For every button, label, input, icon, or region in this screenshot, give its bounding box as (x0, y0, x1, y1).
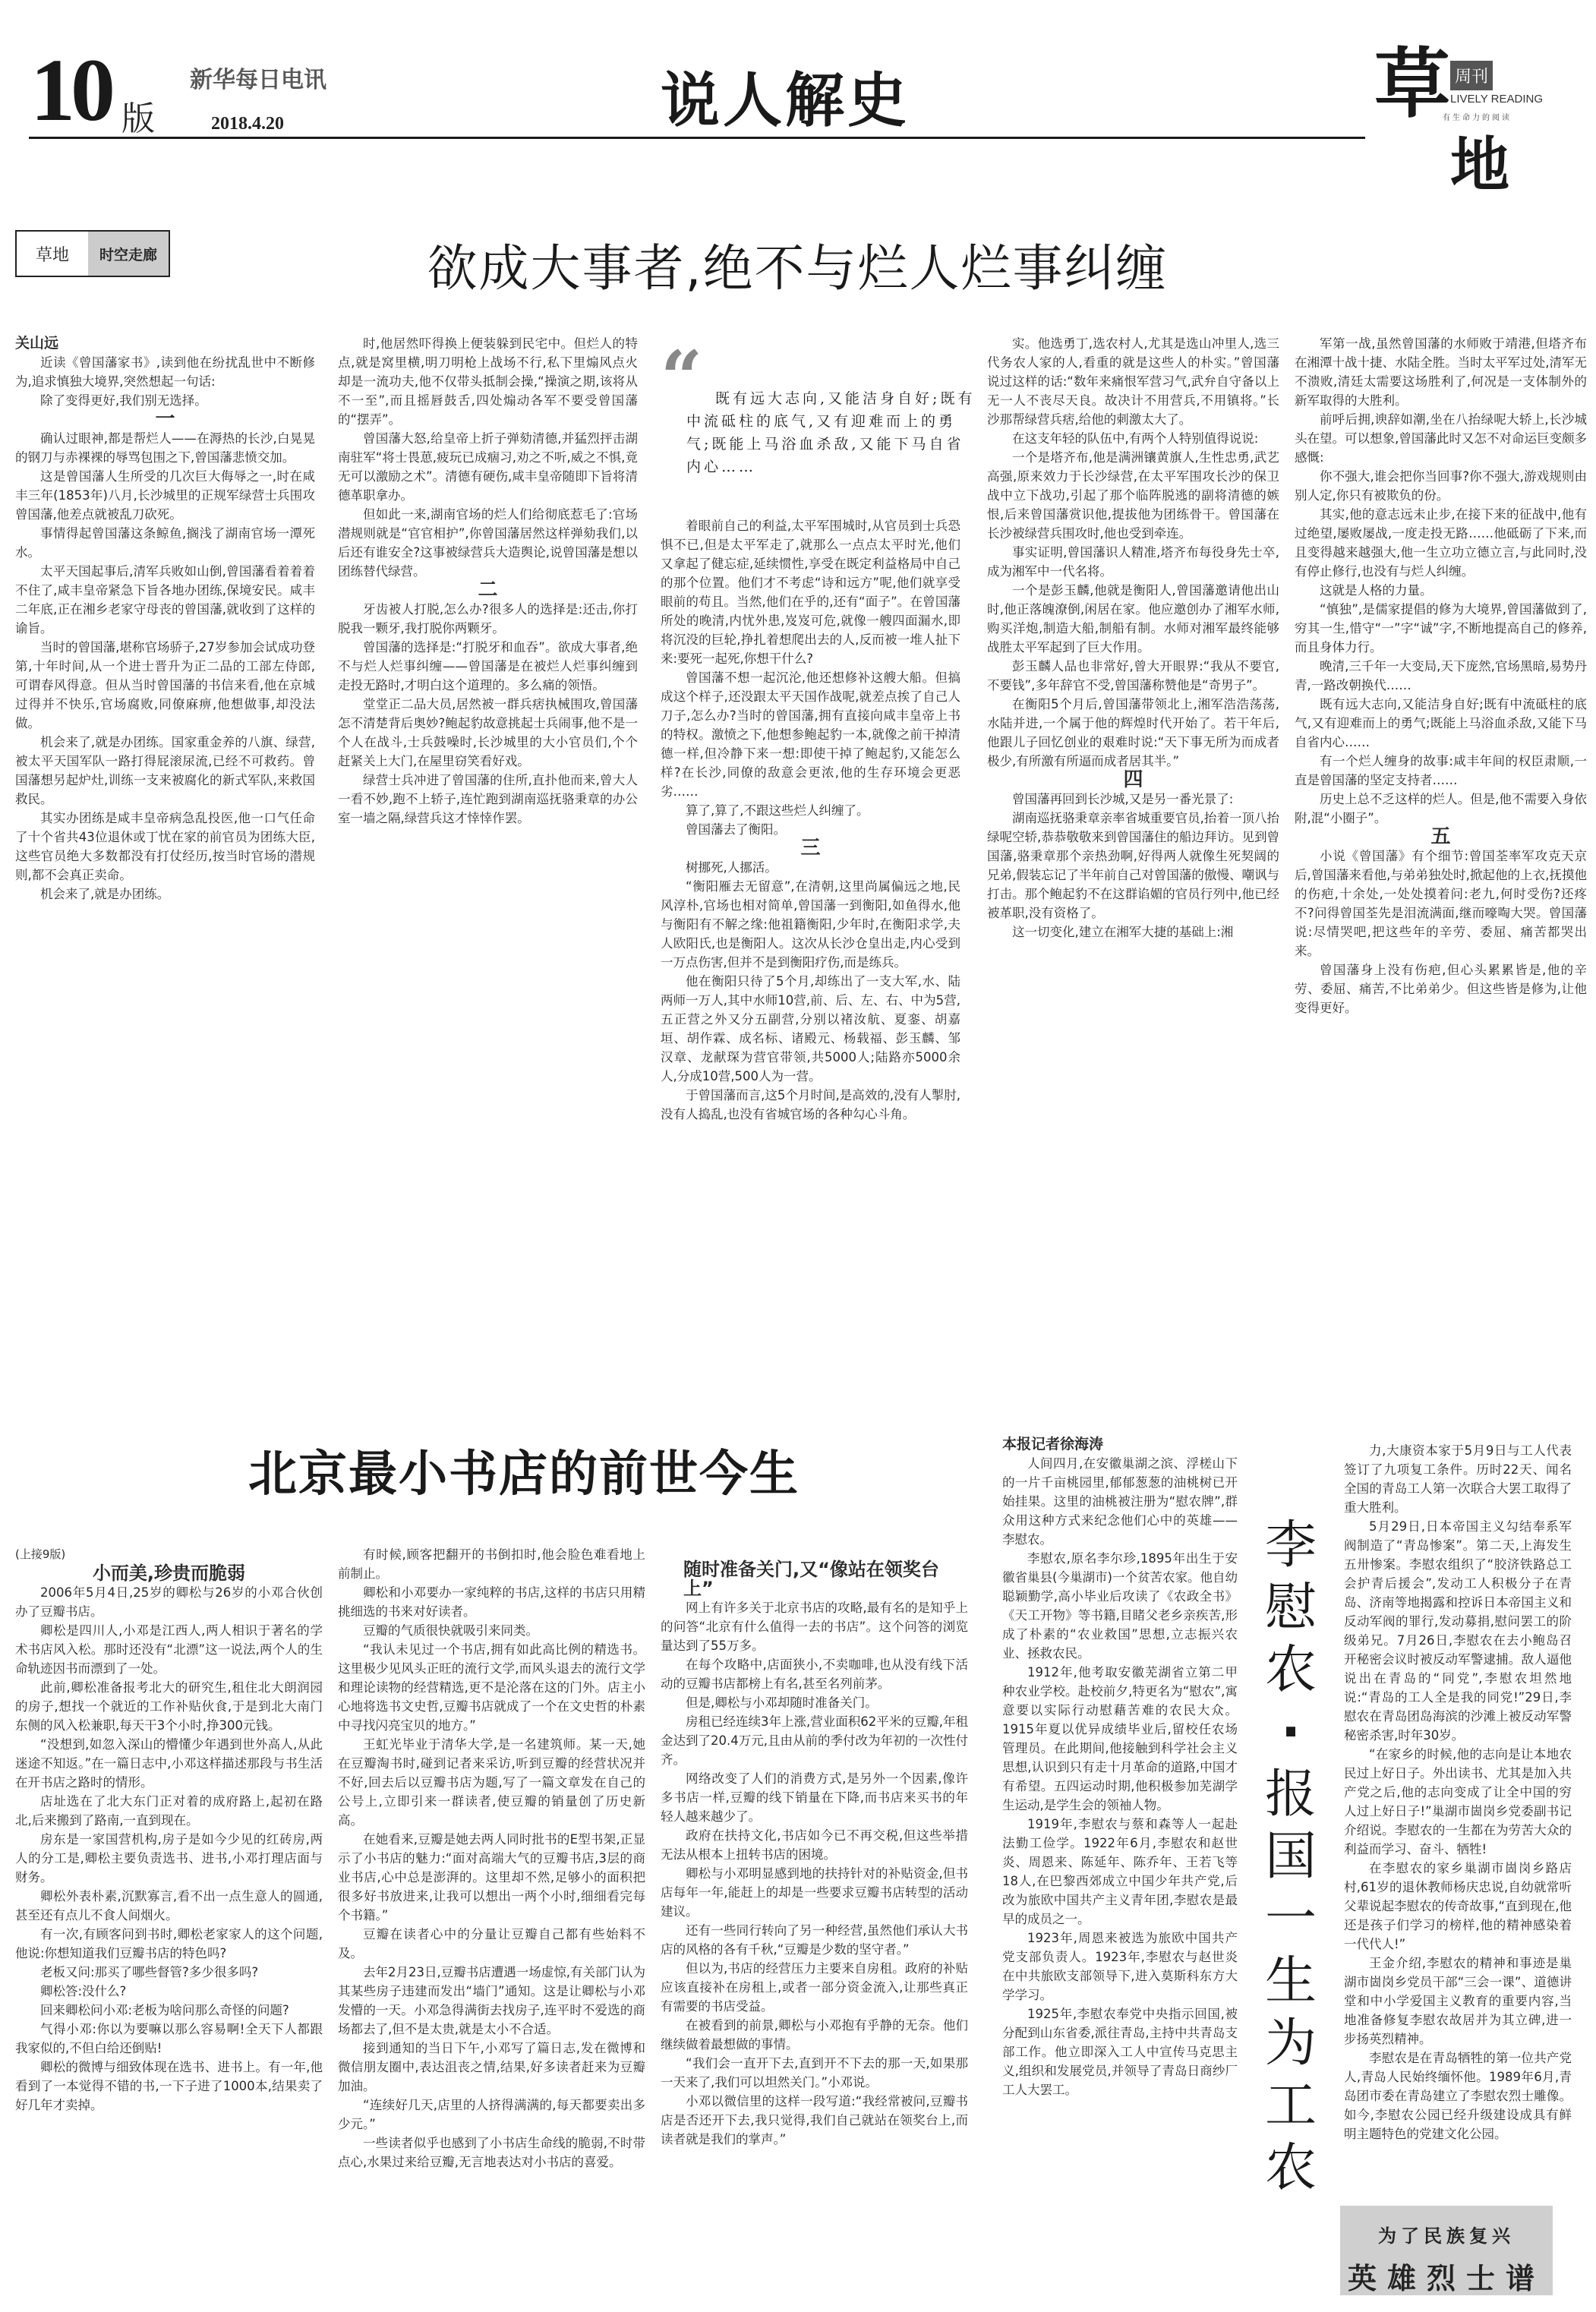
paragraph: 王虹光毕业于清华大学,是一名建筑师。某一天,她在豆瓣淘书时,碰到记者来采访,听到… (338, 1735, 645, 1830)
paragraph: 人间四月,在安徽巢湖之滨、浮槎山下的一片千亩桃园里,郁郁葱葱的油桃树已开始挂果。… (1002, 1454, 1238, 1549)
article1-column-2: 时,他居然吓得换上便装躲到民宅中。但烂人的特点,就是窝里横,明刀明枪上战场不行,… (338, 334, 638, 1397)
paragraph: 事情得起曾国藩这条鲸鱼,搁浅了湖南官场一潭死水。 (15, 524, 315, 562)
article1-author: 关山远 (15, 334, 315, 353)
paragraph: 网络改变了人们的消费方式,是另外一个因素,像许多书店一样,豆瓣的线下销量在下降,… (661, 1769, 968, 1826)
logo-char-cao: 草 (1374, 23, 1450, 132)
article3-column-1: 本报记者徐海涛 人间四月,在安徽巢湖之滨、浮槎山下的一片千亩桃园里,郁郁葱葱的油… (1002, 1435, 1238, 2301)
paragraph: 有时候,顾客把翻开的书倒扣时,他会脸色难看地上前制止。 (338, 1545, 645, 1583)
section-number: 三 (661, 839, 960, 858)
paragraph: 此前,卿松准备报考北大的研究生,租住北大朗润园的房子,想找一个就近的工作补贴伙食… (15, 1678, 323, 1735)
paragraph: 当时的曾国藩,堪称官场骄子,27岁参加会试成功登第,十年时间,从一个进士晋升为正… (15, 638, 315, 733)
paragraph: 这一切变化,建立在湘军大捷的基础上:湘 (987, 923, 1279, 942)
paragraph: 晚清,三千年一大变局,天下庞然,官场黑暗,易势丹青,一路改朝换代…… (1295, 657, 1587, 695)
paragraph: 时,他居然吓得换上便装躲到民宅中。但烂人的特点,就是窝里横,明刀明枪上战场不行,… (338, 334, 638, 429)
article1-column-5: 军第一战,虽然曾国藩的水师败于靖港,但塔齐布在湘潭十战十捷、水陆全胜。当时太平军… (1295, 334, 1587, 1397)
logo-tagline: 有生命力的阅读 (1443, 111, 1512, 122)
paragraph: 其实,他的意志远未止步,在接下来的征战中,他有过绝望,屡败屡战,一度走投无路……… (1295, 505, 1587, 581)
lively-reading-label: LIVELY READING (1450, 93, 1543, 106)
paragraph: 卿松外表朴素,沉默寡言,看不出一点生意人的圆通,甚至还有点儿不食人间烟火。 (15, 1887, 323, 1925)
article3-column-2: 力,大康资本家于5月9日与工人代表签订了九项复工条件。历时22天、闻名全国的青岛… (1344, 1441, 1572, 2193)
heroes-box: 为了民族复兴 英雄烈士谱 (1340, 2206, 1553, 2295)
paragraph: 1912年,他考取安徽芜湖省立第二甲种农业学校。赴校前夕,特更名为“慰农”,寓意… (1002, 1663, 1238, 1815)
article2-headline: 北京最小书店的前世今生 (213, 1435, 835, 1505)
article3-vertical-title: 李慰农·报国一生为工农 (1257, 1515, 1325, 2200)
paragraph: 豆瓣在读者心中的分量让豆瓣自己都有些始料不及。 (338, 1925, 645, 1963)
paragraph: “连续好几天,店里的人挤得满满的,每天都要卖出多少元。” (338, 2096, 645, 2134)
heroes-box-line2: 英雄烈士谱 (1340, 2255, 1553, 2297)
page-number: 10 (30, 46, 111, 135)
paragraph: 堂堂正二品大员,居然被一群兵痞执械围攻,曾国藩怎不清楚背后奥妙?鲍起豹故意挑起士… (338, 695, 638, 771)
heroes-box-line1: 为了民族复兴 (1340, 2206, 1553, 2247)
paragraph: 军第一战,虽然曾国藩的水师败于靖港,但塔齐布在湘潭十战十捷、水陆全胜。当时太平军… (1295, 334, 1587, 410)
paragraph: 太平天国起事后,清军兵败如山倒,曾国藩看着着着不住了,咸丰皇帝紧急下旨各地办团练… (15, 562, 315, 638)
paragraph: 房东是一家国营机构,房子是如今少见的红砖房,两人的分工是,卿松主要负责选书、进书… (15, 1830, 323, 1887)
paragraph: 5月29日,日本帝国主义勾结奉系军阀制造了“青岛惨案”。第二天,上海发生五卅惨案… (1344, 1517, 1572, 1745)
paragraph: 老板又问:那买了哪些督管?多少很多吗? (15, 1963, 323, 1982)
paragraph: 王金介绍,李慰农的精神和事迹是巢湖市崮岗乡党员干部“三会一课”、道德讲堂和中小学… (1344, 1954, 1572, 2049)
article2-column-1: (上接9版) 小而美,珍贵而脆弱 2006年5月4日,25岁的卿松与26岁的小邓… (15, 1545, 323, 2297)
paragraph: 实。他选勇丁,选农村人,尤其是选山冲里人,选三代务农人家的人,看重的就是这些人的… (987, 334, 1279, 429)
paragraph: 曾国藩不想一起沉沦,他还想修补这艘大船。但搞成这个样子,还没跟太平天国作战呢,就… (661, 668, 960, 801)
paragraph: 1925年,李慰农奉党中央指示回国,被分配到山东省委,派往青岛,主持中共青岛支部… (1002, 2004, 1238, 2099)
article1-column-1: 关山远 近读《曾国藩家书》,读到他在纷扰乱世中不断修为,追求慎独大境界,突然想起… (15, 334, 315, 1397)
paragraph: 2006年5月4日,25岁的卿松与26岁的小邓合伙创办了豆瓣书店。 (15, 1583, 323, 1621)
paragraph: 在这支年轻的队伍中,有两个人特别值得说说: (987, 429, 1279, 448)
paragraph: 还有一些同行转向了另一种经营,虽然他们承认大书店的风格的各有千秋,“豆瓣是少数的… (661, 1921, 968, 1959)
paragraph: 卿松答:没什么? (15, 1982, 323, 2001)
paragraph: 前呼后拥,谀辞如潮,坐在八抬绿呢大轿上,长沙城头在望。可以想象,曾国藩此时又怎不… (1295, 410, 1587, 467)
paragraph: 但是,卿松与小邓却随时准备关门。 (661, 1693, 968, 1712)
section-number: 四 (987, 771, 1279, 790)
paragraph: 房租已经连续3年上涨,营业面积62平米的豆瓣,年租金达到了20.4万元,且由从前… (661, 1712, 968, 1769)
section-title: 说人解史 (661, 53, 910, 138)
logo-char-di: 地 (1450, 118, 1509, 203)
continued-from: (上接9版) (15, 1545, 323, 1564)
paragraph: 确认过眼神,都是帮烂人——在溽热的长沙,白晃晃的钢刀与赤裸裸的辱骂包围之下,曾国… (15, 429, 315, 467)
paragraph: 曾国藩身上没有伤疤,但心头累累皆是,他的辛劳、委屈、痛苦,不比弟弟少。但这些皆是… (1295, 960, 1587, 1017)
paragraph: 在她看来,豆瓣是她去两人同时批书的E型书架,正显示了小书店的魅力:“面对高端大气… (338, 1830, 645, 1925)
paragraph: 卿松是四川人,小邓是江西人,两人相识于著名的学术书店风入松。那时还没有“北漂”这… (15, 1621, 323, 1678)
column-badge-label: 时空走廊 (88, 232, 169, 276)
column-badge-logo: 草地 (17, 232, 88, 276)
paragraph: 曾国藩再回到长沙城,又是另一番光景了: (987, 790, 1279, 809)
paragraph: 在每个攻略中,店面狭小,不卖咖啡,也从没有线下活动的豆瓣书店都榜上有名,甚至名列… (661, 1655, 968, 1693)
paragraph: 气得小邓:你以为要嘛以那么容易啊!全天下人都跟我家似的,不但白给还倒贴! (15, 2020, 323, 2058)
paragraph: 接到通知的当日下午,小邓写了篇日志,发在微博和微信朋友圈中,表达沮丧之情,结果,… (338, 2039, 645, 2096)
paragraph: 有一次,有顾客问到书时,卿松老家家人的这个问题,他说:你想知道我们豆瓣书店的特色… (15, 1925, 323, 1963)
article2-column-3: 随时准备关门,又“像站在领奖台上” 网上有许多关于北京书店的攻略,最有名的是知乎… (661, 1545, 968, 2297)
paragraph: 力,大康资本家于5月9日与工人代表签订了九项复工条件。历时22天、闻名全国的青岛… (1344, 1441, 1572, 1517)
paragraph: 既有远大志向,又能洁身自好;既有中流砥柱的底气,又有迎难而上的勇气;既能上马浴血… (1295, 695, 1587, 752)
paragraph: 历史上总不乏这样的烂人。但是,他不需要入身依附,混“小圈子”。 (1295, 790, 1587, 828)
paragraph: “衡阳雁去无留意”,在清朝,这里尚属偏远之地,民风淳朴,官场也相对简单,曾国藩一… (661, 877, 960, 972)
paragraph: 1923年,周恩来被选为旅欧中国共产党支部负责人。1923年,李慰农与赵世炎在中… (1002, 1929, 1238, 2004)
paragraph: 卿松的微博与细致体现在选书、进书上。有一年,他看到了一本觉得不错的书,一下子进了… (15, 2058, 323, 2115)
paragraph: 树挪死,人挪活。 (661, 858, 960, 877)
paragraph: 彭玉麟人品也非常好,曾大开眼界:“我从不要官,不要钱”,多年辞官不受,曾国藩称赞… (987, 657, 1279, 695)
quote-mark-icon: “ (661, 342, 979, 387)
article1-headline: 欲成大事者,绝不与烂人烂事纠缠 (228, 228, 1367, 300)
paper-name: 新华每日电讯 (190, 61, 326, 94)
paragraph: 算了,算了,不跟这些烂人纠缠了。 (661, 801, 960, 820)
article1-column-3: 着眼前自己的利益,太平军围城时,从官员到士兵恐惧不已,但是太平军走了,就那么一点… (661, 516, 960, 1397)
paragraph: 机会来了,就是办团练。 (15, 885, 315, 904)
paragraph: 但如此一来,湖南官场的烂人们给彻底惹毛了:官场潜规则就是“官官相护”,你曾国藩居… (338, 505, 638, 581)
paragraph: 网上有许多关于北京书店的攻略,最有名的是知乎上的问答“北京有什么值得一去的书店”… (661, 1598, 968, 1655)
paragraph: 在衡阳5个月后,曾国藩带领北上,湘军浩浩荡荡,水陆并进,一个属于他的辉煌时代开始… (987, 695, 1279, 771)
masthead-rule (29, 137, 1365, 139)
page-suffix: 版 (121, 91, 155, 140)
pull-quote: “ 既有远大志向,又能洁身自好;既有中流砥柱的底气,又有迎难而上的勇气;既能上马… (661, 342, 979, 478)
paragraph: 牙齿被人打脱,怎么办?很多人的选择是:还击,你打脱我一颗牙,我打脱你两颗牙。 (338, 600, 638, 638)
paragraph: 近读《曾国藩家书》,读到他在纷扰乱世中不断修为,追求慎独大境界,突然想起一句话: (15, 353, 315, 391)
article3-reporter: 本报记者徐海涛 (1002, 1435, 1238, 1454)
paragraph: 政府在扶持文化,书店如今已不再交税,但这些举措无法从根本上扭转书店的困境。 (661, 1826, 968, 1864)
paragraph: 在李慰农的家乡巢湖市崮岗乡路店村,61岁的退休教师杨庆忠说,自幼就常听父辈说起李… (1344, 1859, 1572, 1954)
paragraph: 一个是彭玉麟,他就是衡阳人,曾国藩邀请他出山时,他正落魄潦倒,闲居在家。他应邀创… (987, 581, 1279, 657)
paragraph: 回来卿松问小邓:老板为啥问那么奇怪的问题? (15, 2001, 323, 2020)
paragraph: 这是曾国藩人生所受的几次巨大侮辱之一,时在咸丰三年(1853年)八月,长沙城里的… (15, 467, 315, 524)
paragraph: “我们会一直开下去,直到开不下去的那一天,如果那一天来了,我们可以坦然关门。”小… (661, 2054, 968, 2092)
paragraph: 店址选在了北大东门正对着的成府路上,起初在路北,后来搬到了路南,一直到现在。 (15, 1792, 323, 1830)
article2-subhead-2: 随时准备关门,又“像站在领奖台上” (661, 1560, 968, 1598)
paragraph: 李慰农是在青岛牺牲的第一位共产党人,青岛人民始终缅怀他。1989年6月,青岛团市… (1344, 2049, 1572, 2143)
paragraph: 绿营士兵冲进了曾国藩的住所,直扑他而来,曾大人一看不妙,跑不上轿子,连忙跑到湖南… (338, 771, 638, 828)
paragraph: “我认未见过一个书店,拥有如此高比例的精选书。这里极少见风头正旺的流行文学,而风… (338, 1640, 645, 1735)
paragraph: 他在衡阳只待了5个月,却练出了一支大军,水、陆两师一万人,其中水师10营,前、后… (661, 972, 960, 1086)
paragraph: 着眼前自己的利益,太平军围城时,从官员到士兵恐惧不已,但是太平军走了,就那么一点… (661, 516, 960, 668)
caodi-logo: 草 地 周刊 LIVELY READING 有生命力的阅读 (1367, 23, 1564, 182)
paragraph: 湖南巡抚骆秉章亲率省城重要官员,抬着一顶八抬绿呢空轿,恭恭敬敬来到曾国藩住的船边… (987, 809, 1279, 923)
paragraph: 小邓以微信里的这样一段写道:“我经常被问,豆瓣书店是否还开下去,我只觉得,我们自… (661, 2092, 968, 2149)
section-number: 二 (338, 581, 638, 600)
paragraph: 于曾国藩而言,这5个月时间,是高效的,没有人掣肘,没有人捣乱,也没有省城官场的各… (661, 1086, 960, 1124)
paragraph: 但以为,书店的经营压力主要来自房租。政府的补贴应该直接补在房租上,或者一部分资金… (661, 1959, 968, 2016)
vertical-title-text: 李慰农·报国一生为工农 (1257, 1515, 1325, 2200)
paragraph: 曾国藩的选择是:“打脱牙和血吞”。欲成大事者,绝不与烂人烂事纠缠——曾国藩是在被… (338, 638, 638, 695)
paragraph: 卿松与小邓明显感到地的扶持针对的补贴资金,但书店每年一年,能赶上的却是一些要求豆… (661, 1864, 968, 1921)
paragraph: 这就是人格的力量。 (1295, 581, 1587, 600)
paragraph: 曾国藩大怒,给皇帝上折子弹劾清德,并猛烈抨击湖南驻军“将士畏葸,疲玩已成痼习,劝… (338, 429, 638, 505)
paragraph: 一些读者似乎也感到了小书店生命线的脆弱,不时带点心,水果过来给豆瓣,无言地表达对… (338, 2134, 645, 2172)
paragraph: 小说《曾国藩》有个细节:曾国荃率军攻克天京后,曾国藩来看他,与弟弟独处时,掀起他… (1295, 847, 1587, 960)
paragraph: 你不强大,谁会把你当回事?你不强大,游戏规则由别人定,你只有被欺负的份。 (1295, 467, 1587, 505)
paragraph: 在被看到的前景,卿松与小邓抱有乎静的无奈。他们继续做着最想做的事情。 (661, 2016, 968, 2054)
pull-quote-text: 既有远大志向,又能洁身自好;既有中流砥柱的底气,又有迎难而上的勇气;既能上马浴血… (686, 387, 979, 478)
section-number: 五 (1295, 828, 1587, 847)
weekly-label: 周刊 (1450, 61, 1493, 90)
paragraph: 机会来了,就是办团练。国家重金养的八旗、绿营,被太平天国军队一路打得屁滚尿流,已… (15, 733, 315, 809)
paragraph: 李慰农,原名李尔珍,1895年出生于安徽省巢县(今巢湖市)一个贫苦农家。他自幼聪… (1002, 1549, 1238, 1663)
publication-date: 2018.4.20 (211, 114, 284, 134)
paragraph: “没想到,如忽入深山的懵懂少年遇到世外高人,从此迷途不知返。”在一篇日志中,小邓… (15, 1735, 323, 1792)
paragraph: 去年2月23日,豆瓣书店遭遇一场虚惊,有关部门认为其某些房子违建而发出“墙门”通… (338, 1963, 645, 2039)
article1-column-4: 实。他选勇丁,选农村人,尤其是选山冲里人,选三代务农人家的人,看重的就是这些人的… (987, 334, 1279, 1397)
paragraph: 1919年,李慰农与蔡和森等人一起赴法勤工俭学。1922年6月,李慰农和赵世炎、… (1002, 1815, 1238, 1929)
paragraph: “慎独”,是儒家提倡的修为大境界,曾国藩做到了,穷其一生,惜守“一”字“诚”字,… (1295, 600, 1587, 657)
paragraph: 卿松和小邓要办一家纯粹的书店,这样的书店只用精挑细选的书来对好读者。 (338, 1583, 645, 1621)
column-badge: 草地 时空走廊 (15, 230, 170, 277)
paragraph: 其实办团练是咸丰皇帝病急乱投医,他一口气任命了十个省共43位退休或丁忧在家的前官… (15, 809, 315, 885)
article2-subhead-1: 小而美,珍贵而脆弱 (15, 1564, 323, 1583)
section-number: 一 (15, 410, 315, 429)
paragraph: 一个是塔齐布,他是满洲镶黄旗人,生性忠勇,武艺高强,原来效力于长沙绿营,在太平军… (987, 448, 1279, 543)
paragraph: 有一个烂人缠身的故事:咸丰年间的权臣肃顺,一直是曾国藩的坚定支持者…… (1295, 752, 1587, 790)
paragraph: 事实证明,曾国藩识人精准,塔齐布每役身先士卒,成为湘军中一代名将。 (987, 543, 1279, 581)
paragraph: 豆瓣的气质很快就吸引来同类。 (338, 1621, 645, 1640)
article2-column-2: 有时候,顾客把翻开的书倒扣时,他会脸色难看地上前制止。卿松和小邓要办一家纯粹的书… (338, 1545, 645, 2297)
paragraph: “在家乡的时候,他的志向是让本地农民过上好日子。外出读书、尤其是加入共产党之后,… (1344, 1745, 1572, 1859)
